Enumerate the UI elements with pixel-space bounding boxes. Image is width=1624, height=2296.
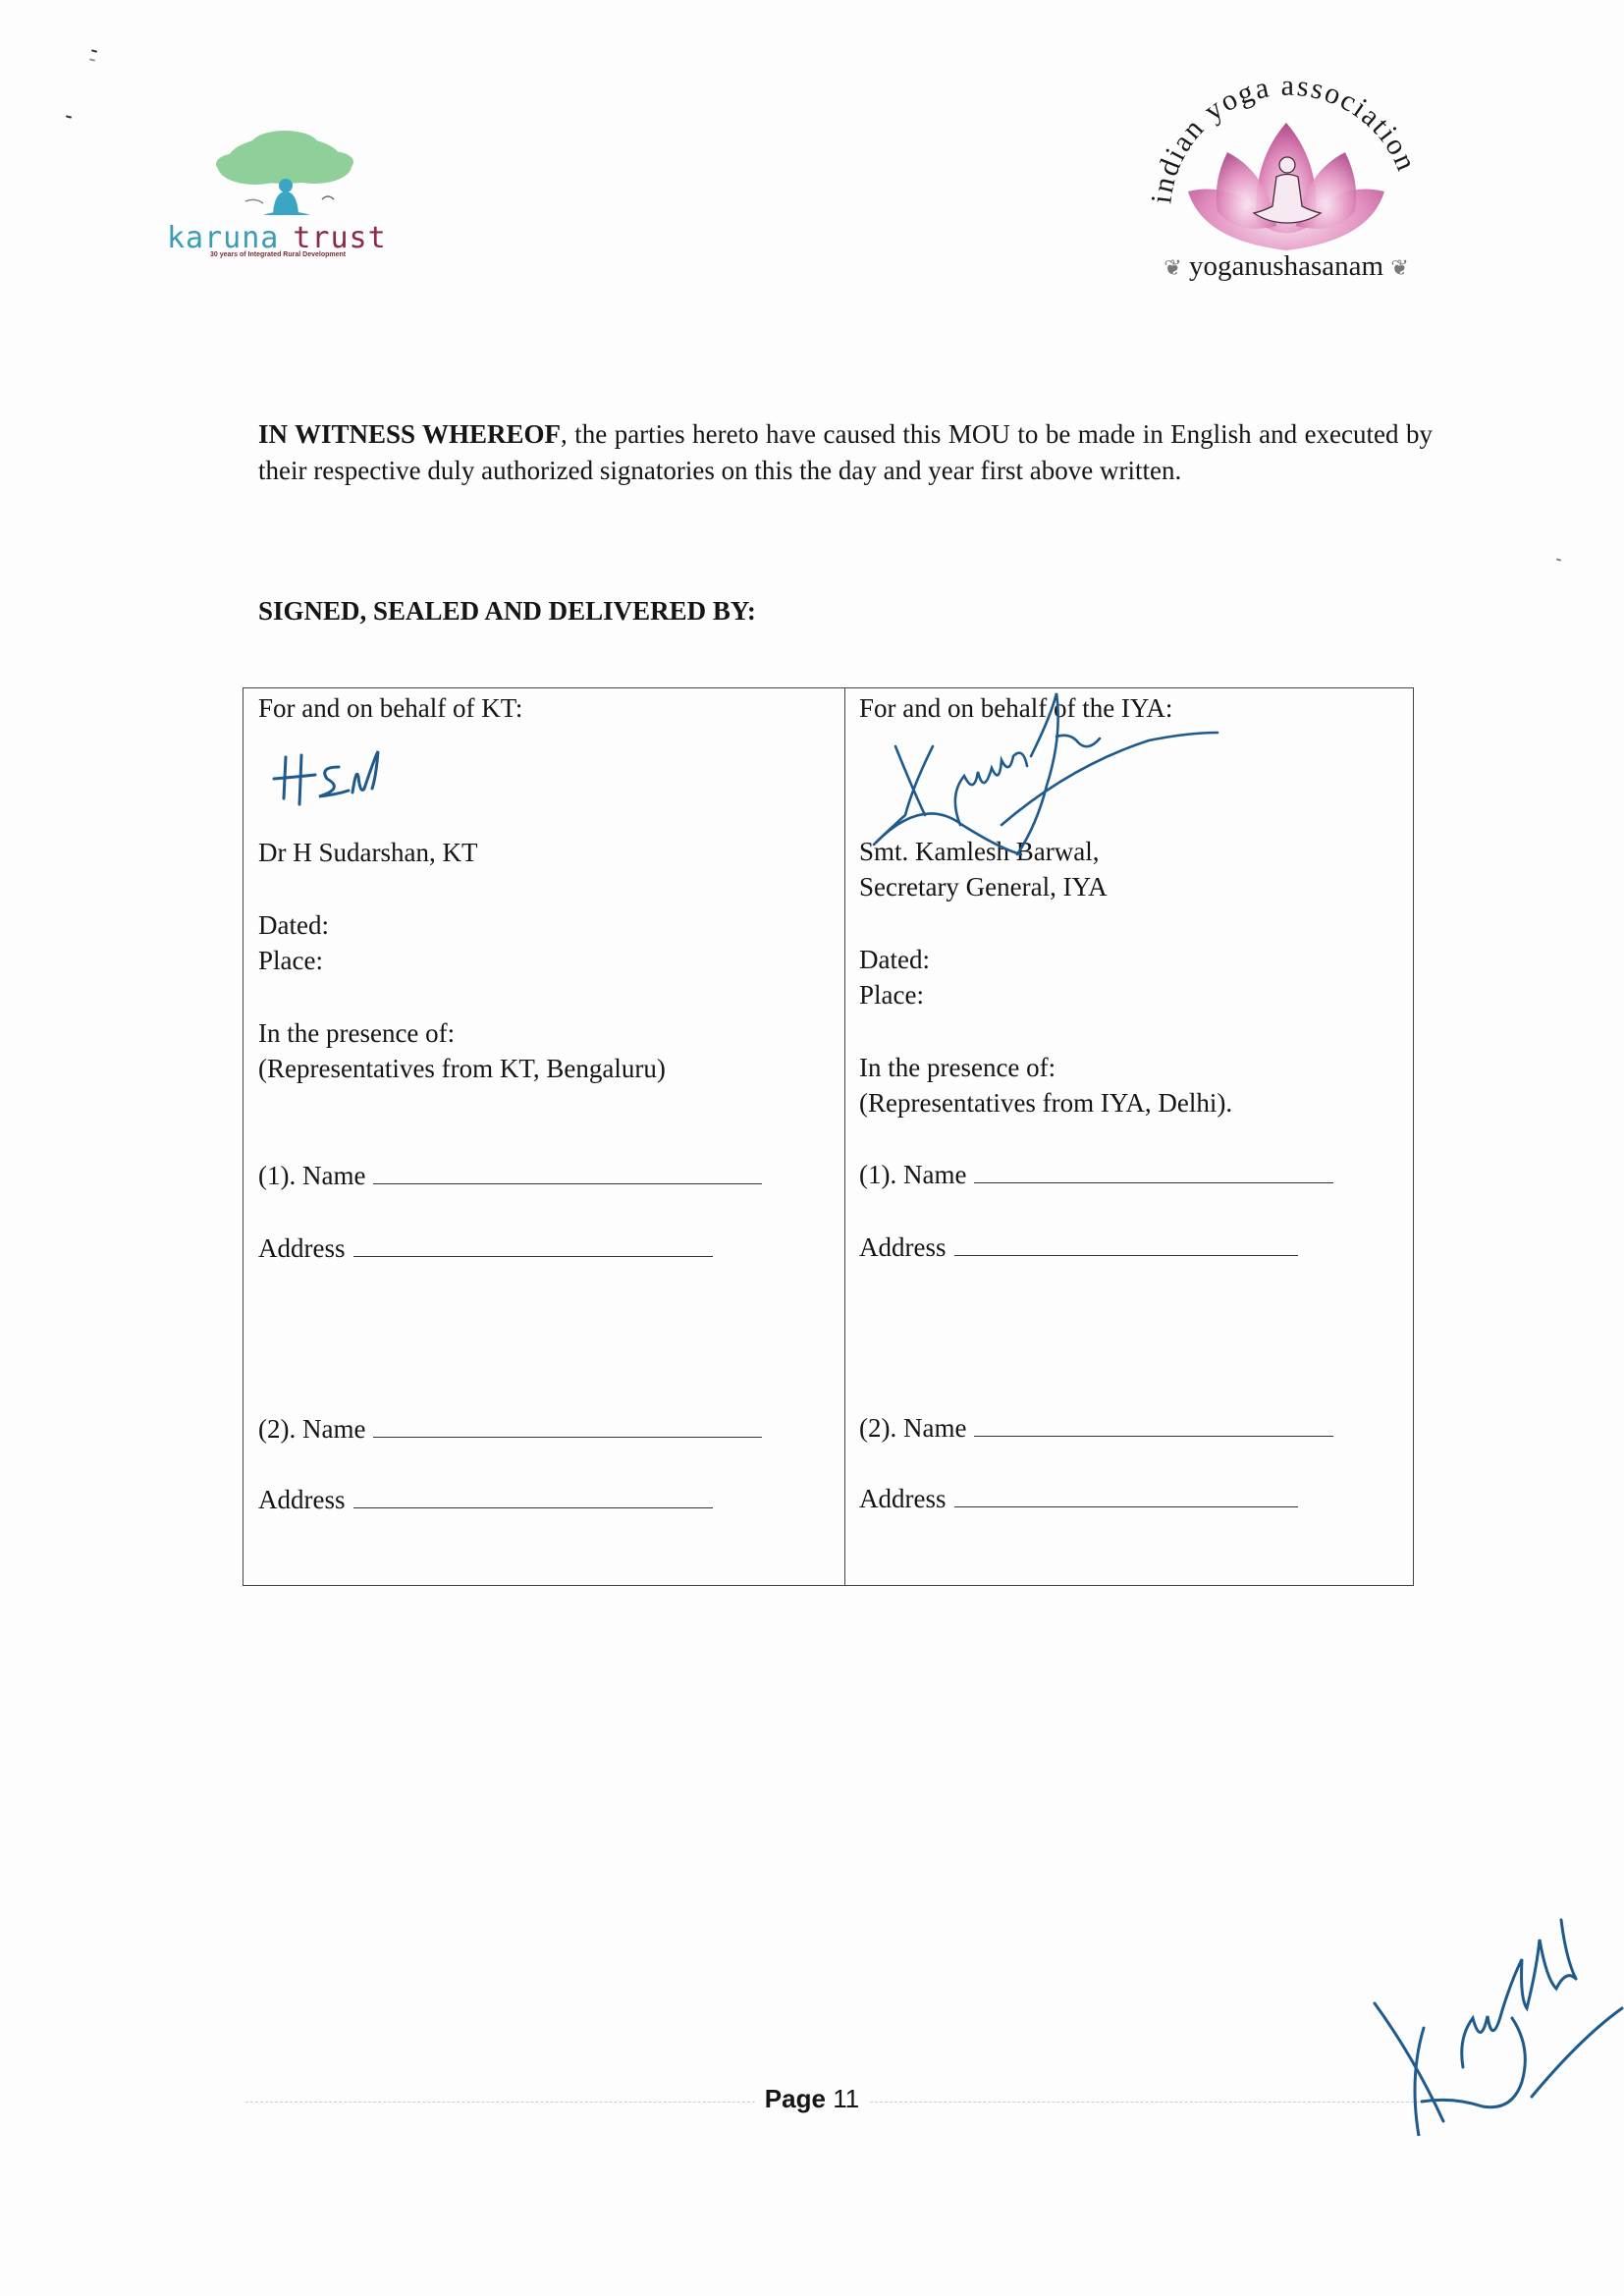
kt-presence-label: In the presence of:: [258, 1015, 455, 1051]
kt-witness2-address-field[interactable]: Address: [258, 1482, 713, 1517]
iya-witness2-address-field[interactable]: Address: [859, 1481, 1298, 1516]
column-divider: [844, 688, 845, 1585]
signed-heading: SIGNED, SEALED AND DELIVERED BY:: [258, 596, 756, 627]
kt-header: For and on behalf of KT:: [258, 690, 522, 726]
iya-logo: indian yoga association ❦ yoganushasanam…: [1119, 44, 1453, 309]
iya-dated-label: Dated:: [859, 942, 930, 977]
iya-witness2-address-blank[interactable]: [954, 1481, 1298, 1507]
kt-witness1-name-field[interactable]: (1). Name: [258, 1158, 762, 1193]
iya-witness2-name-blank[interactable]: [974, 1410, 1333, 1437]
karuna-trust-tagline: 30 years of Integrated Rural Development: [210, 251, 346, 258]
iya-place-label: Place:: [859, 977, 924, 1012]
kt-witness1-address-blank[interactable]: [353, 1230, 713, 1257]
tree-figure-icon: [167, 123, 403, 221]
kt-witness2-name-blank[interactable]: [373, 1411, 762, 1438]
iya-presence-label: In the presence of:: [859, 1050, 1056, 1085]
scan-speck: [66, 115, 72, 118]
lotus-ornament-icon: ❦: [1164, 255, 1181, 280]
kt-signatory-name: Dr H Sudarshan, KT: [258, 835, 477, 870]
lotus-yogi-icon: indian yoga association: [1119, 44, 1453, 250]
iya-motto: ❦ yoganushasanam ❦: [1119, 250, 1453, 283]
scan-speck: [1556, 558, 1561, 561]
scan-speck: [89, 58, 95, 61]
kt-place-label: Place:: [258, 943, 323, 978]
margin-initials-signature: [1365, 1900, 1624, 2136]
kt-representatives: (Representatives from KT, Bengaluru): [258, 1051, 666, 1086]
witness-paragraph: IN WITNESS WHEREOF, the parties hereto h…: [258, 416, 1433, 489]
kt-witness2-address-blank[interactable]: [353, 1482, 713, 1508]
kt-signature: [268, 738, 415, 816]
iya-witness1-name-blank[interactable]: [974, 1157, 1333, 1183]
iya-witness1-name-field[interactable]: (1). Name: [859, 1157, 1333, 1192]
kt-witness1-address-field[interactable]: Address: [258, 1230, 713, 1266]
iya-witness1-address-blank[interactable]: [954, 1230, 1298, 1256]
lotus-ornament-icon: ❦: [1390, 255, 1408, 280]
iya-representatives: (Representatives from IYA, Delhi).: [859, 1085, 1232, 1121]
karuna-trust-logo: karunatrust 30 years of Integrated Rural…: [167, 123, 403, 260]
kt-signatory-cell: For and on behalf of KT: Dr H Sudarshan,…: [258, 688, 838, 1585]
kt-witness2-name-field[interactable]: (2). Name: [258, 1411, 762, 1447]
iya-witness1-address-field[interactable]: Address: [859, 1230, 1298, 1265]
scan-speck: [91, 49, 97, 52]
iya-signatory-title: Secretary General, IYA: [859, 869, 1108, 904]
kt-dated-label: Dated:: [258, 907, 329, 943]
karuna-trust-wordmark: karunatrust: [167, 221, 387, 255]
iya-signature: [854, 678, 1257, 874]
kt-witness1-name-blank[interactable]: [373, 1158, 762, 1184]
iya-witness2-name-field[interactable]: (2). Name: [859, 1410, 1333, 1446]
